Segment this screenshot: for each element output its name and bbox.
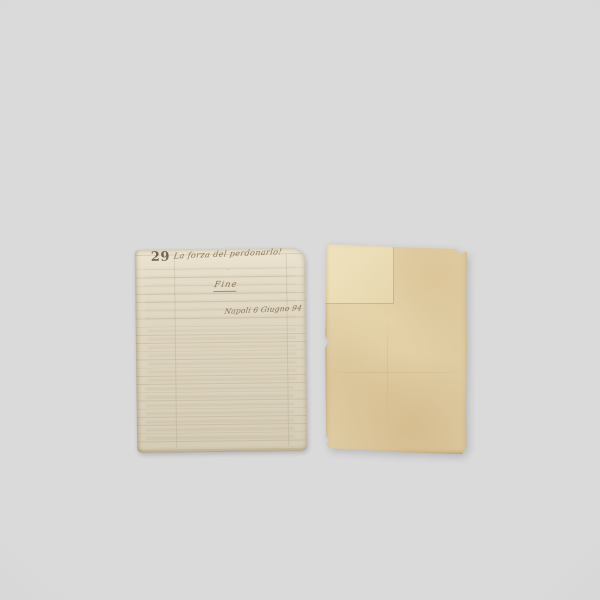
ruled-lines [135, 248, 307, 453]
handwritten-flourish: ‥ [227, 266, 231, 272]
handwritten-dateline: Napoli 6 Giugno 94 [224, 303, 303, 316]
manuscript-page-left: 29 La forza del perdonarlo! ‥ Fine Napol… [135, 248, 307, 453]
handwritten-title: La forza del perdonarlo! [173, 247, 282, 260]
lighter-paper-patch [324, 242, 394, 304]
ink-bleedthrough-lower [145, 386, 294, 444]
handwritten-closing: Fine [213, 280, 238, 292]
ink-bleedthrough-middle [148, 328, 297, 384]
page-number-stamp: 29 [151, 250, 170, 265]
margin-line-left [174, 256, 177, 448]
margin-line-right [286, 254, 289, 446]
horizontal-crease [327, 372, 465, 373]
ink-bleedthrough-upper [145, 266, 296, 326]
manuscript-page-right-wrapper [324, 242, 468, 455]
photo-backdrop: 29 La forza del perdonarlo! ‥ Fine Napol… [0, 0, 600, 600]
vertical-crease [387, 306, 388, 447]
manuscript-page-right [324, 242, 468, 455]
